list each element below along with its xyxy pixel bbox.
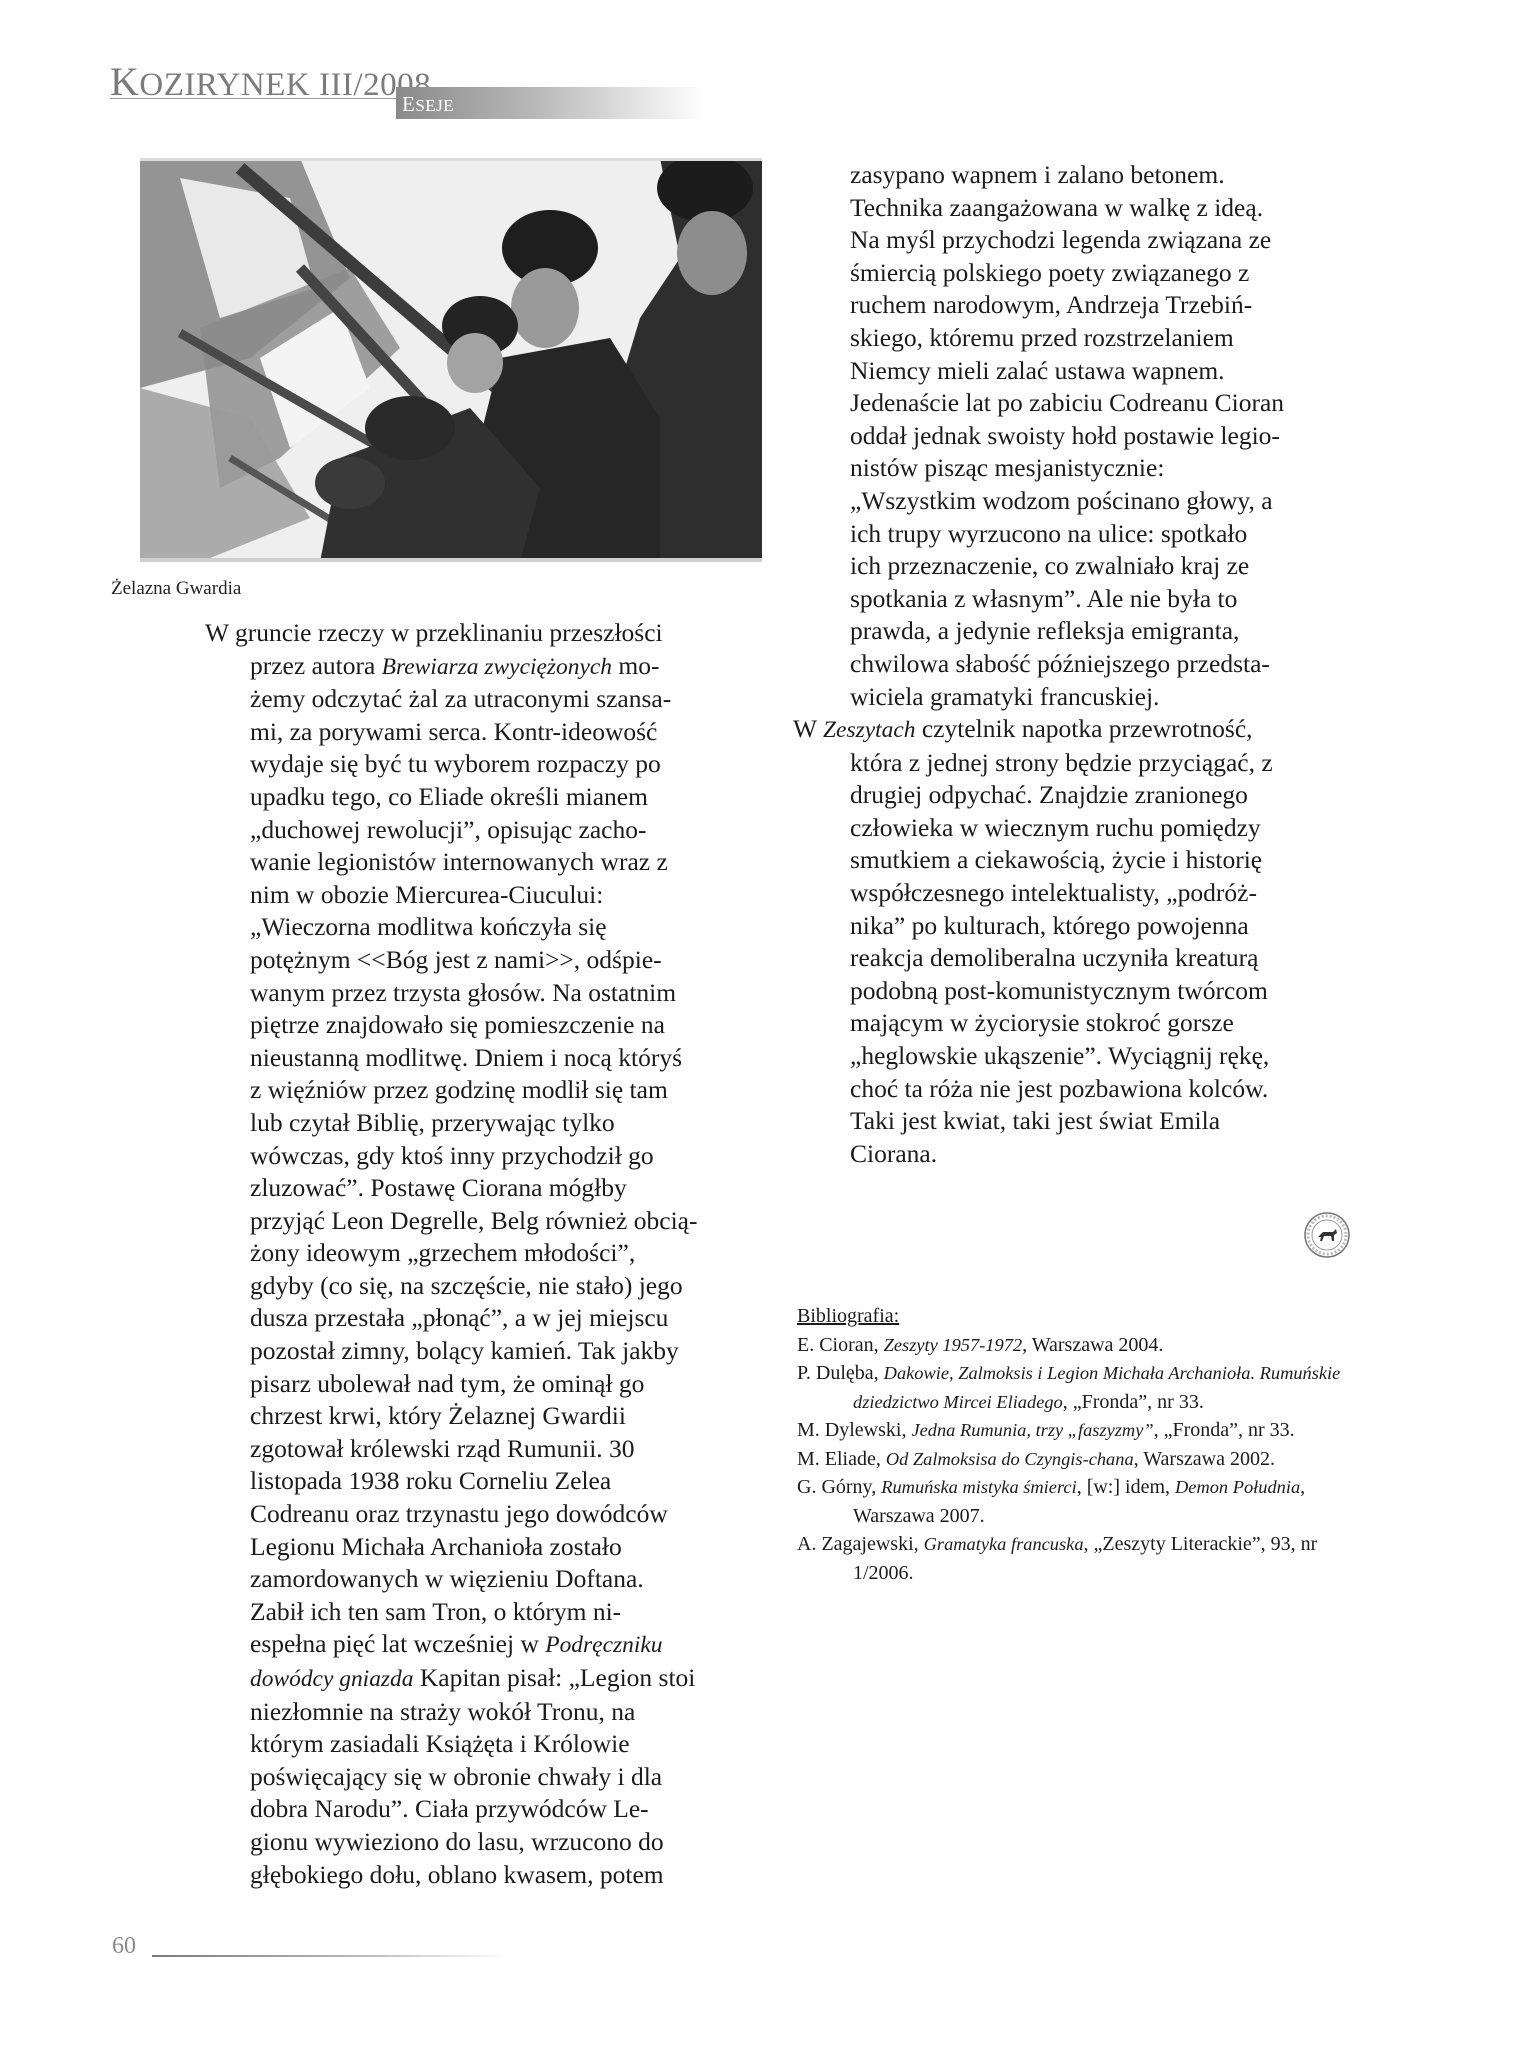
text-line: Taki jest kwiat, taki jest świat Emila bbox=[850, 1105, 1373, 1138]
text-line: „duchowej rewolucji”, opisując zacho- bbox=[250, 814, 765, 847]
text-fragment: Kapitan pisał: „Legion stoi bbox=[414, 1663, 696, 1692]
text-line: która z jednej strony będzie przyciągać,… bbox=[850, 747, 1373, 780]
text-line: przez autora Brewiarza zwyciężonych mo- bbox=[250, 650, 765, 684]
bib-title: Zeszyty 1957-1972 bbox=[884, 1335, 1022, 1355]
text-line: Niemcy mieli zalać ustawa wapnem. bbox=[850, 355, 1373, 388]
left-text-column: W gruncie rzeczy w przeklinaniu przeszło… bbox=[205, 617, 765, 1891]
text-line: którym zasiadali Książęta i Królowie bbox=[250, 1728, 765, 1761]
page-number: 60 bbox=[112, 1933, 136, 1960]
text-line: ruchem narodowym, Andrzeja Trzebiń- bbox=[850, 289, 1373, 322]
bib-title: Rumuńska mistyka śmierci bbox=[881, 1477, 1076, 1497]
text-line: Jedenaście lat po zabiciu Codreanu Ciora… bbox=[850, 387, 1373, 420]
text-line: podobną post-komunistycznym twórcom bbox=[850, 975, 1373, 1008]
text-line: Codreanu oraz trzynastu jego dowódców bbox=[250, 1498, 765, 1531]
text-line: chrzest krwi, który Żelaznej Gwardii bbox=[250, 1400, 765, 1433]
text-line: chwilowa słabość późniejszego przedsta- bbox=[850, 648, 1373, 681]
bibliography-title: Bibliografia: bbox=[797, 1302, 1357, 1331]
text-line: listopada 1938 roku Corneliu Zelea bbox=[250, 1465, 765, 1498]
text-line: pozostał zimny, bolący kamień. Tak jakby bbox=[250, 1335, 765, 1368]
text-line: współczesnego intelektualisty, „podróż- bbox=[850, 877, 1373, 910]
text-line: „Wszystkim wodzom pościnano głowy, a bbox=[850, 485, 1373, 518]
bib-author: E. Cioran, bbox=[797, 1334, 884, 1356]
bibliography-entry: A. Zagajewski, Gramatyka francuska, „Zes… bbox=[797, 1530, 1357, 1587]
bibliography-entry: M. Eliade, Od Zalmoksisa do Czyngis-chan… bbox=[797, 1445, 1357, 1474]
text-line: żony ideowym „grzechem młodości”, bbox=[250, 1237, 765, 1270]
text-line: poświęcający się w obronie chwały i dla bbox=[250, 1761, 765, 1794]
bibliography-entry: G. Górny, Rumuńska mistyka śmierci, [w:]… bbox=[797, 1473, 1357, 1530]
text-line: żemy odczytać żal za utraconymi szansa- bbox=[250, 683, 765, 716]
text-line: wydaje się być tu wyborem rozpaczy po bbox=[250, 748, 765, 781]
text-line: piętrze znajdowało się pomieszczenie na bbox=[250, 1009, 765, 1042]
text-line: z więźniów przez godzinę modlił się tam bbox=[250, 1074, 765, 1107]
bibliography-entry: M. Dylewski, Jedna Rumunia, trzy „faszyz… bbox=[797, 1416, 1357, 1445]
text-line: ich przeznaczenie, co zwalniało kraj ze bbox=[850, 550, 1373, 583]
text-line: lub czytał Biblię, przerywając tylko bbox=[250, 1107, 765, 1140]
text-line: skiego, któremu przed rozstrzelaniem bbox=[850, 322, 1373, 355]
seal-icon bbox=[1303, 1211, 1351, 1259]
bib-author: M. Eliade, bbox=[797, 1448, 886, 1470]
text-fragment: mo- bbox=[612, 651, 659, 680]
text-line: nistów pisząc mesjanistycznie: bbox=[850, 452, 1373, 485]
photo-illustration bbox=[140, 158, 762, 562]
text-line: wiciela gramatyki francuskiej. bbox=[850, 681, 1373, 714]
text-line: choć ta róża nie jest pozbawiona kolców. bbox=[850, 1073, 1373, 1106]
section-label-rest: SEJE bbox=[415, 96, 454, 115]
text-line: spotkania z własnym”. Ale nie była to bbox=[850, 583, 1373, 616]
text-line: oddał jednak swoisty hołd postawie legio… bbox=[850, 420, 1373, 453]
text-line: Legionu Michała Archanioła zostało bbox=[250, 1531, 765, 1564]
bibliography: Bibliografia: E. Cioran, Zeszyty 1957-19… bbox=[797, 1302, 1357, 1587]
text-line: mi, za porywami serca. Kontr-ideowość bbox=[250, 716, 765, 749]
text-line: wanie legionistów internowanych wraz z bbox=[250, 846, 765, 879]
text-fragment: czytelnik napotka przewrotność, bbox=[915, 714, 1252, 743]
text-line: potężnym <<Bóg jest z nami>>, odśpie- bbox=[250, 944, 765, 977]
text-line: gionu wywieziono do lasu, wrzucono do bbox=[250, 1826, 765, 1859]
bib-author: G. Górny, bbox=[797, 1476, 881, 1498]
text-line: reakcja demoliberalna uczyniła kreaturą bbox=[850, 942, 1373, 975]
text-line: espełna pięć lat wcześniej w Podręczniku bbox=[250, 1628, 765, 1662]
text-line: zgotował królewski rząd Rumunii. 30 bbox=[250, 1433, 765, 1466]
text-line: nim w obozie Miercurea-Ciucului: bbox=[250, 879, 765, 912]
text-line: Na myśl przychodzi legenda związana ze bbox=[850, 224, 1373, 257]
bib-author: A. Zagajewski, bbox=[797, 1533, 924, 1555]
bib-publication: , „Fronda”, nr 33. bbox=[1063, 1391, 1204, 1413]
text-line: wówczas, gdy ktoś inny przychodził go bbox=[250, 1140, 765, 1173]
right-text-column: zasypano wapnem i zalano betonem. Techni… bbox=[793, 159, 1373, 1170]
text-line: „heglowskie ukąszenie”. Wyciągnij rękę, bbox=[850, 1040, 1373, 1073]
text-line: drugiej odpychać. Znajdzie zranionego bbox=[850, 779, 1373, 812]
bib-publication: , Warszawa 2002. bbox=[1134, 1448, 1275, 1470]
text-line: niezłomnie na straży wokół Tronu, na bbox=[250, 1696, 765, 1729]
section-label: ESEJE bbox=[402, 92, 454, 117]
text-fragment: espełna pięć lat wcześniej w bbox=[250, 1629, 545, 1658]
bib-publication: , Warszawa 2004. bbox=[1022, 1334, 1163, 1356]
text-line: upadku tego, co Eliade określi mianem bbox=[250, 781, 765, 814]
header-rule bbox=[110, 98, 396, 99]
book-title-brewiarz: Brewiarza zwyciężonych bbox=[382, 654, 612, 680]
bib-title: Od Zalmoksisa do Czyngis-chana bbox=[886, 1449, 1134, 1469]
section-label-initial: E bbox=[402, 92, 415, 116]
text-line: dowódcy gniazda Kapitan pisał: „Legion s… bbox=[250, 1662, 765, 1696]
text-fragment: przez autora bbox=[250, 651, 382, 680]
text-line: dobra Narodu”. Ciała przywódców Le- bbox=[250, 1793, 765, 1826]
bib-title: Jedna Rumunia, trzy „faszyzmy” bbox=[911, 1420, 1153, 1440]
text-line: zasypano wapnem i zalano betonem. bbox=[850, 159, 1373, 192]
text-line: głębokiego dołu, oblano kwasem, potem bbox=[250, 1859, 765, 1892]
text-line: W gruncie rzeczy w przeklinaniu przeszło… bbox=[205, 617, 765, 650]
text-line: gdyby (co się, na szczęście, nie stało) … bbox=[250, 1270, 765, 1303]
footer-rule bbox=[152, 1955, 512, 1957]
text-line: dusza przestała „płonąć”, a w jej miejsc… bbox=[250, 1302, 765, 1335]
text-line: Technika zaangażowana w walkę z ideą. bbox=[850, 192, 1373, 225]
text-line: zamordowanych w więzieniu Doftana. bbox=[250, 1563, 765, 1596]
text-line: nika” po kulturach, którego powojenna bbox=[850, 910, 1373, 943]
text-line: pisarz ubolewał nad tym, że ominął go bbox=[250, 1368, 765, 1401]
text-line: zluzować”. Postawę Ciorana mógłby bbox=[250, 1172, 765, 1205]
bib-author: P. Dulęba, bbox=[797, 1362, 884, 1384]
text-line: Ciorana. bbox=[850, 1138, 1373, 1171]
book-title-zeszyty: Zeszytach bbox=[823, 717, 916, 743]
text-line: „Wieczorna modlitwa kończyła się bbox=[250, 911, 765, 944]
bibliography-entry: P. Dulęba, Dakowie, Zalmoksis i Legion M… bbox=[797, 1359, 1357, 1416]
bibliography-entry: E. Cioran, Zeszyty 1957-1972, Warszawa 2… bbox=[797, 1331, 1357, 1360]
text-line: śmiercią polskiego poety związanego z bbox=[850, 257, 1373, 290]
text-line: nieustanną modlitwę. Dniem i nocą któryś bbox=[250, 1042, 765, 1075]
bib-author: M. Dylewski, bbox=[797, 1419, 911, 1441]
text-line: smutkiem a ciekawością, życie i historię bbox=[850, 844, 1373, 877]
bib-title: Demon Południa bbox=[1175, 1477, 1300, 1497]
text-line: człowieka w wiecznym ruchu pomiędzy bbox=[850, 812, 1373, 845]
photo-caption: Żelazna Gwardia bbox=[111, 578, 241, 600]
text-line: mającym w życiorysie stokroć gorsze bbox=[850, 1007, 1373, 1040]
book-title-podrecznik-cont: dowódcy gniazda bbox=[250, 1666, 414, 1692]
text-line: wanym przez trzysta głosów. Na ostatnim bbox=[250, 977, 765, 1010]
text-line: przyjąć Leon Degrelle, Belg również obci… bbox=[250, 1205, 765, 1238]
bib-publication: , „Fronda”, nr 33. bbox=[1154, 1419, 1295, 1441]
bib-title: Gramatyka francuska bbox=[924, 1534, 1084, 1554]
text-line: prawda, a jedynie refleksja emigranta, bbox=[850, 615, 1373, 648]
bib-publication: , [w:] idem, bbox=[1077, 1476, 1175, 1498]
text-fragment: W bbox=[793, 714, 823, 743]
text-line: W Zeszytach czytelnik napotka przewrotno… bbox=[793, 713, 1373, 747]
article-photo bbox=[140, 158, 762, 562]
text-line: ich trupy wyrzucono na ulice: spotkało bbox=[850, 518, 1373, 551]
book-title-podrecznik: Podręczniku bbox=[545, 1632, 662, 1658]
text-line: Zabił ich ten sam Tron, o którym ni- bbox=[250, 1596, 765, 1629]
